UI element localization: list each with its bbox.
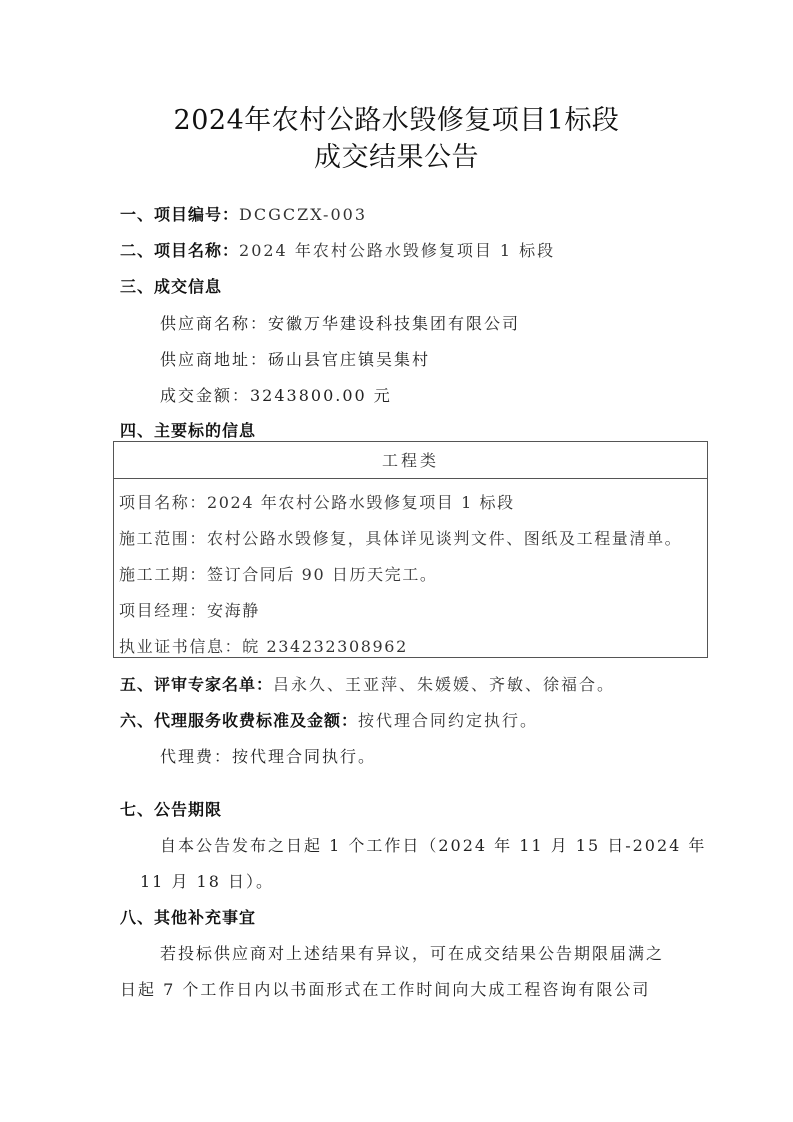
- agency-fee-value: 按代理合同约定执行。: [358, 711, 538, 730]
- deal-amount: 成交金额：3243800.00 元: [160, 383, 392, 406]
- section-experts: 五、评审专家名单：吕永久、王亚萍、朱媛媛、齐敏、徐福合。: [120, 672, 615, 695]
- section-agency-fee: 六、代理服务收费标准及金额：按代理合同约定执行。: [120, 708, 538, 731]
- section-subject-info-heading: 四、主要标的信息: [120, 418, 256, 441]
- other-matters-line2: 日起 7 个工作日内以书面形式在工作时间向大成工程咨询有限公司: [120, 977, 650, 1000]
- supplier-address: 供应商地址：砀山县官庄镇吴集村: [160, 347, 430, 370]
- section-other-matters-heading: 八、其他补充事宜: [120, 905, 256, 928]
- table-row: 项目名称：2024 年农村公路水毁修复项目 1 标段: [119, 490, 515, 513]
- section-notice-period-heading: 七、公告期限: [120, 797, 222, 820]
- section-heading: 六、代理服务收费标准及金额：: [120, 711, 358, 730]
- document-title-line1: 2024年农村公路水毁修复项目1标段: [0, 98, 793, 137]
- document-page: 2024年农村公路水毁修复项目1标段 成交结果公告 一、项目编号：DCGCZX-…: [0, 0, 793, 1122]
- section-heading: 二、项目名称：: [120, 241, 239, 260]
- agency-fee-detail: 代理费：按代理合同执行。: [160, 744, 376, 767]
- section-project-number: 一、项目编号：DCGCZX-003: [120, 202, 367, 225]
- table-header: 工程类: [114, 442, 707, 479]
- notice-period-line2: 11 月 18 日）。: [140, 869, 274, 892]
- project-number-value: DCGCZX-003: [239, 205, 367, 224]
- table-row: 施工工期：签订合同后 90 日历天完工。: [119, 562, 438, 585]
- project-name-value: 2024 年农村公路水毁修复项目 1 标段: [239, 241, 555, 260]
- section-heading: 一、项目编号：: [120, 205, 239, 224]
- notice-period-line1: 自本公告发布之日起 1 个工作日（2024 年 11 月 15 日-2024 年: [160, 833, 706, 856]
- supplier-name: 供应商名称：安徽万华建设科技集团有限公司: [160, 311, 520, 334]
- table-row: 项目经理：安海静: [119, 598, 260, 621]
- table-row: 施工范围：农村公路水毁修复，具体详见谈判文件、图纸及工程量清单。: [119, 526, 682, 549]
- experts-value: 吕永久、王亚萍、朱媛媛、齐敏、徐福合。: [273, 675, 615, 694]
- section-project-name: 二、项目名称：2024 年农村公路水毁修复项目 1 标段: [120, 238, 555, 261]
- document-title-line2: 成交结果公告: [0, 135, 793, 174]
- section-deal-info-heading: 三、成交信息: [120, 274, 222, 297]
- other-matters-line1: 若投标供应商对上述结果有异议，可在成交结果公告期限届满之: [160, 941, 664, 964]
- table-row: 执业证书信息：皖 234232308962: [119, 634, 408, 657]
- subject-info-table: 工程类 项目名称：2024 年农村公路水毁修复项目 1 标段 施工范围：农村公路…: [113, 441, 708, 658]
- section-heading: 五、评审专家名单：: [120, 675, 273, 694]
